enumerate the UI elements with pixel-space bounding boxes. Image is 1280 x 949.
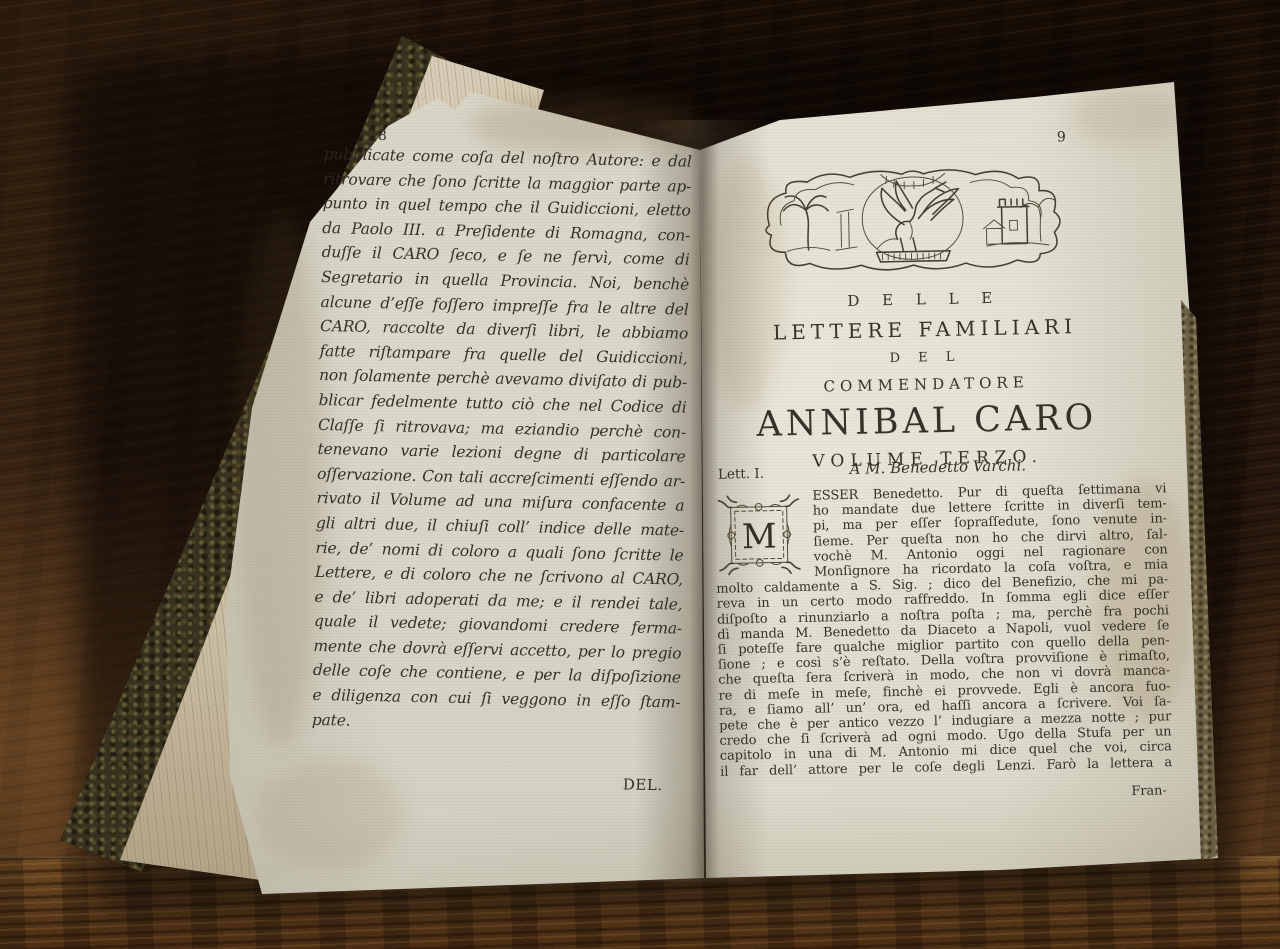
photo-of-open-antique-book: 8 pubblicate come coſa del noſtro Autore… (0, 0, 1280, 949)
preface-text-block: pubblicate come coſa del noſtro Autore: … (310, 142, 692, 798)
headpiece-engraving-icon (756, 159, 1068, 280)
letter-number-label: Lett. I. (718, 466, 764, 483)
right-page-number: 9 (1057, 129, 1066, 145)
title-line-delle: D E L L E (698, 286, 1150, 313)
title-block: D E L L E LETTERE FAMILIARI D E L COMMEN… (698, 286, 1154, 474)
title-line-commendatore: COMMENDATORE (700, 371, 1152, 398)
foxing-stain (238, 210, 324, 750)
woodcut-initial-icon: M (714, 491, 804, 579)
preface-lines: pubblicate come coſa del noſtro Autore: … (312, 142, 692, 740)
letter-body: M ESSER Benedetto. Pur di queſta ſettima… (714, 481, 1173, 807)
right-page-content: 9 D E L L E LETTERE FAMI (700, 85, 1187, 895)
drop-cap-frame: M (714, 491, 804, 579)
left-page-number: 8 (378, 128, 387, 144)
title-line-lettere-familiari: LETTERE FAMILIARI (699, 313, 1151, 346)
letter-body-lines: molto caldamente a S. Sig. ; dico del Be… (716, 573, 1172, 780)
title-line-del: D E L (699, 346, 1151, 370)
title-line-annibal-caro: ANNIBAL CARO (701, 397, 1154, 446)
drop-cap-letter: M (741, 516, 777, 557)
right-catchword: Fran- (721, 783, 1173, 808)
